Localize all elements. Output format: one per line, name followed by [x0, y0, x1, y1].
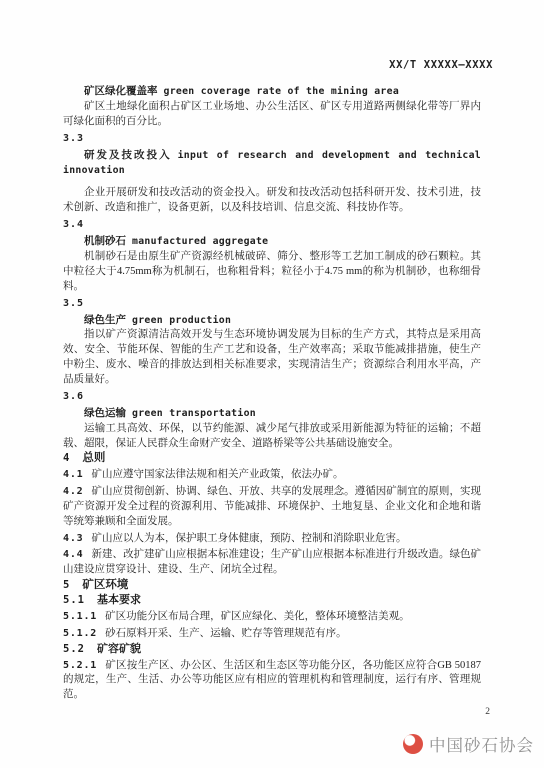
term-definition: 机制砂石是由原生矿产资源经机械破碎、筛分、整形等工艺加工制成的砂石颗粒。其中粒径…	[63, 250, 481, 294]
term-number: 3.4	[63, 218, 481, 233]
term-number: 3.3	[63, 132, 481, 147]
clause-text: 新建、改扩建矿山应根据本标准建设；生产矿山应根据本标准进行升级改造。绿色矿山建设…	[63, 549, 481, 575]
doc-number: XX/T XXXXX—XXXX	[389, 59, 493, 71]
subsection-title: 基本要求	[97, 594, 141, 606]
term-en: manufactured aggregate	[132, 236, 268, 247]
term-zh: 研发及技改投入	[84, 149, 172, 161]
subsection-title: 矿容矿貌	[97, 643, 141, 655]
clause-number: 4.4	[63, 549, 83, 560]
clause: 5.1.2砂石原料开采、生产、运输、贮存等管理规范有序。	[63, 627, 481, 642]
section-heading: 4总则	[63, 451, 481, 466]
clause: 4.1矿山应遵守国家法律法规和相关产业政策，依法办矿。	[63, 468, 481, 483]
term-definition: 指以矿产资源清洁高效开发与生态环境协调发展为目标的生产方式，其特点是采用高效、安…	[63, 328, 481, 387]
term-number: 3.6	[63, 390, 481, 405]
clause: 4.2矿山应贯彻创新、协调、绿色、开放、共享的发展理念。遵循因矿制宜的原则，实现…	[63, 485, 481, 529]
clause: 5.1.1矿区功能分区布局合理，矿区应绿化、美化，整体环境整洁美观。	[63, 610, 481, 625]
term-en: green coverage rate of the mining area	[164, 86, 400, 97]
subsection-number: 5.2	[63, 643, 85, 655]
term-heading: 绿色运输green transportation	[63, 406, 481, 422]
clause-text: 砂石原料开采、生产、运输、贮存等管理规范有序。	[105, 628, 347, 639]
clause-text: 矿区按生产区、办公区、生活区和生态区等功能分区，各功能区应符合GB 50187的…	[63, 660, 481, 701]
section-title: 矿区环境	[82, 579, 128, 591]
clause: 5.2.1矿区按生产区、办公区、生活区和生态区等功能分区，各功能区应符合GB 5…	[63, 659, 481, 703]
term-zh: 绿色运输	[84, 407, 126, 419]
brand-watermark: 中国砂石协会	[403, 732, 534, 756]
term-en: green transportation	[132, 408, 256, 419]
clause-number: 4.3	[63, 533, 83, 544]
term-zh: 绿色生产	[84, 314, 126, 326]
term-heading: 绿色生产green production	[63, 313, 481, 329]
term-definition: 企业开展研发和技改活动的资金投入。研发和技改活动包括科研开发、技术引进，技术创新…	[63, 186, 481, 216]
clause-text: 矿山应贯彻创新、协调、绿色、开放、共享的发展理念。遵循因矿制宜的原则，实现矿产资…	[63, 486, 481, 527]
term-definition: 运输工具高效、环保，以节约能源、减少尾气排放或采用新能源为特征的运输；不超载、超…	[63, 422, 481, 452]
clause-number: 5.1.2	[63, 628, 97, 639]
term-number: 3.5	[63, 297, 481, 312]
term-zh: 矿区绿化覆盖率	[84, 85, 158, 97]
caa-logo-icon	[403, 734, 423, 754]
clause-number: 5.1.1	[63, 611, 97, 622]
clause-text: 矿区功能分区布局合理，矿区应绿化、美化，整体环境整洁美观。	[105, 611, 410, 622]
term-heading: 机制砂石manufactured aggregate	[63, 234, 481, 250]
subsection-heading: 5.2矿容矿貌	[63, 642, 481, 657]
clause: 4.4新建、改扩建矿山应根据本标准建设；生产矿山应根据本标准进行升级改造。绿色矿…	[63, 548, 481, 578]
page-number: 2	[485, 707, 490, 717]
clause-number: 4.1	[63, 469, 83, 480]
clause: 4.3矿山应以人为本，保护职工身体健康，预防、控制和消除职业危害。	[63, 532, 481, 547]
clause-text: 矿山应遵守国家法律法规和相关产业政策，依法办矿。	[91, 469, 343, 480]
section-heading: 5矿区环境	[63, 578, 481, 593]
term-heading: 研发及技改投入input of research and development…	[63, 148, 481, 180]
term-heading: 矿区绿化覆盖率green coverage rate of the mining…	[63, 84, 481, 100]
clause-text: 矿山应以人为本，保护职工身体健康，预防、控制和消除职业危害。	[91, 533, 406, 544]
document-page: XX/T XXXXX—XXXX 矿区绿化覆盖率green coverage ra…	[0, 0, 544, 768]
brand-name: 中国砂石协会	[429, 732, 534, 756]
subsection-number: 5.1	[63, 594, 85, 606]
clause-number: 5.2.1	[63, 660, 97, 671]
clause-number: 4.2	[63, 486, 83, 497]
section-number: 5	[63, 579, 70, 591]
section-number: 4	[63, 452, 70, 464]
subsection-heading: 5.1基本要求	[63, 593, 481, 608]
term-zh: 机制砂石	[84, 235, 126, 247]
term-definition: 矿区土地绿化面积占矿区工业场地、办公生活区、矿区专用道路两侧绿化带等厂界内可绿化…	[63, 100, 481, 130]
section-title: 总则	[82, 452, 105, 464]
term-en: green production	[132, 315, 231, 326]
page-content: 矿区绿化覆盖率green coverage rate of the mining…	[63, 83, 481, 703]
